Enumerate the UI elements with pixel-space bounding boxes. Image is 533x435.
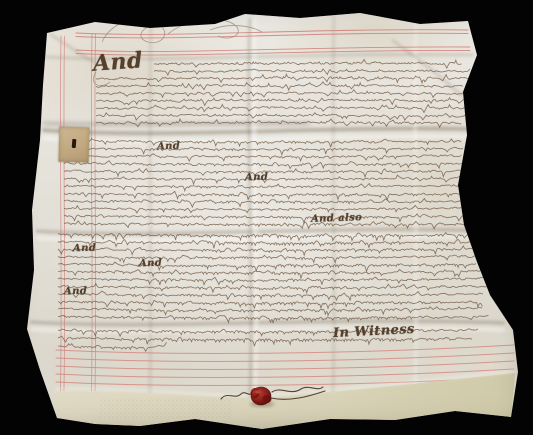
handwriting-line (58, 291, 483, 301)
handwriting-line (96, 74, 468, 83)
docket-label (59, 127, 90, 163)
handwriting-line (64, 191, 465, 200)
handwriting-line (96, 113, 466, 121)
handwriting-line (64, 184, 469, 191)
handwriting-line (64, 175, 464, 184)
handwriting-line (58, 300, 482, 308)
handwriting-line (64, 199, 463, 208)
handwriting-line (58, 269, 483, 278)
handwriting-line (58, 262, 476, 271)
ink-mark (72, 139, 77, 148)
handwriting-line (64, 153, 461, 162)
handwriting-line (154, 69, 470, 75)
bottom-fold-flap (55, 371, 515, 429)
handwriting-line (64, 147, 463, 154)
document-artwork (0, 0, 533, 435)
handwriting-line (64, 169, 464, 177)
handwriting-line (58, 336, 472, 346)
photo-background: AndAndAndAnd alsoAndAndAndIn Witness (0, 0, 533, 435)
pen-flourish (93, 19, 262, 85)
handwriting-lines (58, 60, 489, 352)
handwriting-line (64, 205, 469, 213)
handwriting-line (64, 214, 471, 223)
wax-seal (250, 387, 274, 407)
handwriting-line (96, 90, 465, 98)
handwriting-line (64, 221, 469, 229)
handwriting-line (58, 246, 486, 255)
handwriting-line (58, 284, 488, 293)
handwriting-line (58, 307, 482, 316)
handwriting-line (58, 277, 488, 285)
handwriting-line (96, 98, 466, 106)
handwriting-line (64, 161, 470, 169)
parchment-document: AndAndAndAnd alsoAndAndAndIn Witness (0, 0, 533, 435)
